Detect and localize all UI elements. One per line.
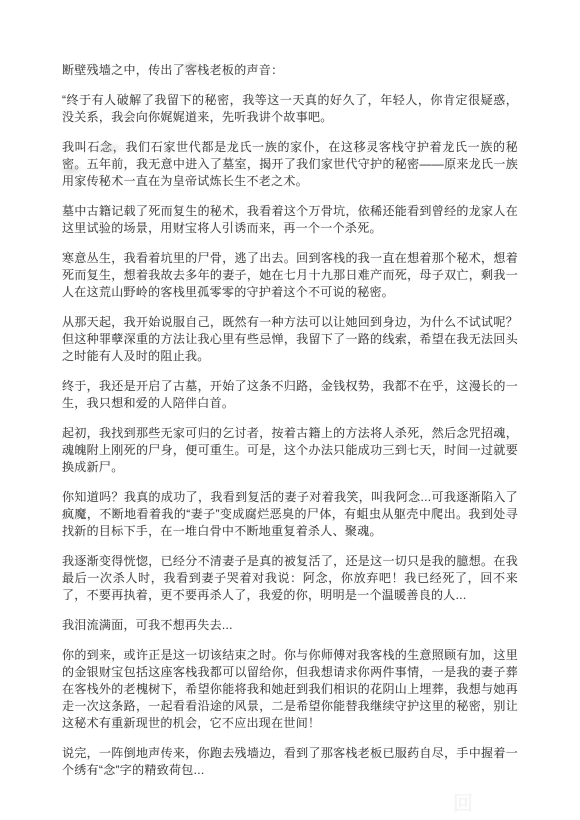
paragraph-quote-opening: “终于有人破解了我留下的秘密，我等这一天真的好久了，年轻人，你肯定很疑惑，没关系… <box>62 92 518 126</box>
paragraph-wife-death: 寒意丛生，我看着坑里的尸骨，逃了出去。回到客栈的我一直在想着那个秘术，想着死而复… <box>62 250 518 301</box>
paragraph-ending-suicide: 说完，一阵倒地声传来，你跑去残墙边，看到了那客栈老板已服药自尽，手中握着一个绣有… <box>62 745 518 779</box>
paragraph-descent-madness: 你知道吗？我真的成功了，我看到复活的妻子对着我笑，叫我阿念...可我逐渐陷入了疯… <box>62 489 518 540</box>
paragraph-opening-tomb: 终于，我还是开启了古墓，开始了这条不归路，金钱权势，我都不在乎，这漫长的一生，我… <box>62 378 518 412</box>
paragraph-narration-intro: 断壁残墙之中，传出了客栈老板的声音： <box>62 62 518 79</box>
paragraph-backstory-family: 我叫石念，我们石家世代都是龙氏一族的家仆，在这移灵客栈守护着龙氏一族的秘密。五年… <box>62 139 518 190</box>
paragraph-tears: 我泪流满面，可我不想再失去... <box>62 617 518 634</box>
paragraph-wife-plea: 我逐渐变得恍惚，已经分不清妻子是真的被复活了，还是这一切只是我的臆想。在我最后一… <box>62 553 518 604</box>
paragraph-final-requests: 你的到来，或许正是这一切该结束之时。你与你师傅对我客栈的生意照顾有加，这里的金银… <box>62 647 518 732</box>
story-text-page: 断壁残墙之中，传出了客栈老板的声音： “终于有人破解了我留下的秘密，我等这一天真… <box>62 62 518 792</box>
paragraph-self-persuasion: 从那天起，我开始说服自己，既然有一种方法可以让她回到身边，为什么不试试呢？但这种… <box>62 314 518 365</box>
paragraph-tomb-records: 墓中古籍记载了死而复生的秘术，我看着这个万骨坑，依稀还能看到曾经的龙家人在这里试… <box>62 203 518 237</box>
paragraph-first-attempts: 起初，我找到那些无家可归的乞讨者，按着古籍上的方法将人杀死，然后念咒招魂，魂魄附… <box>62 425 518 476</box>
watermark-glyph-bottom: 回 <box>448 792 478 816</box>
